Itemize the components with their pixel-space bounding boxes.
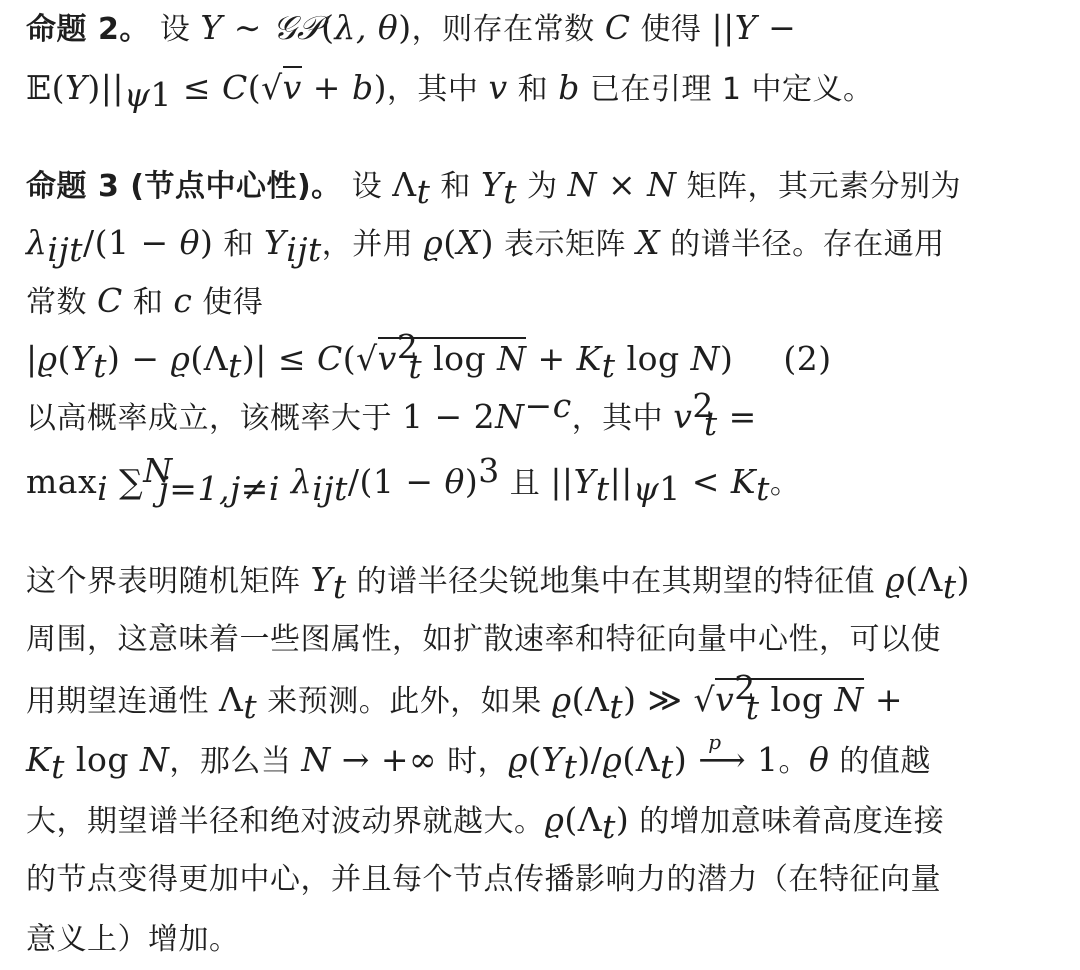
paragraph-line-6: 的节点变得更加中心，并且每个节点传播影响力的潜力（在特征向量 (26, 860, 941, 900)
prop2-line-1: 命题 2。 设 Y ∼ 𝒢𝒫(λ, θ)，则存在常数 C 使得 ||Y − (26, 8, 796, 50)
prop3-line-5: 以高概率成立，该概率大于 1 − 2N−c，其中 v2t = (26, 397, 757, 439)
paragraph-line-3: 用期望连通性 Λt 来预测。此外，如果 ϱ(Λt) ≫ √v2t log N + (26, 680, 903, 722)
paragraph-line-5: 大，期望谱半径和绝对波动界就越大。ϱ(Λt) 的增加意味着高度连接 (26, 800, 944, 842)
paragraph-line-1: 这个界表明随机矩阵 Yt 的谱半径尖锐地集中在其期望的特征值 ϱ(Λt) (26, 560, 970, 602)
equation-2: |ϱ(Yt) − ϱ(Λt)| ≤ C(√v2t log N + Kt log … (26, 339, 832, 381)
prop3-heading: 命题 3 (节点中心性)。 (26, 169, 342, 204)
prop2-heading: 命题 2。 (26, 12, 150, 47)
prop2-line-2: 𝔼(Y)||ψ1 ≤ C(√v + b)，其中 v 和 b 已在引理 1 中定义… (26, 68, 874, 110)
paragraph-line-2: 周围，这意味着一些图属性，如扩散速率和特征向量中心性，可以使 (26, 620, 941, 660)
prop3-line-2: λijt/(1 − θ) 和 Yijt，并用 ϱ(X) 表示矩阵 X 的谱半径。… (26, 223, 945, 265)
equation-number: (2) (783, 339, 831, 378)
prop3-line-3: 常数 C 和 c 使得 (26, 281, 263, 323)
paragraph-line-4: Kt log N，那么当 N → +∞ 时，ϱ(Yt)/ϱ(Λt) p⟶ 1。θ… (26, 740, 931, 782)
prop3-line-1: 命题 3 (节点中心性)。 设 Λt 和 Yt 为 N × N 矩阵，其元素分别… (26, 165, 961, 207)
prop3-line-6: maxi ∑Nj=1,j≠i λijt/(1 − θ)3 且 ||Yt||ψ1 … (26, 462, 800, 504)
paragraph-line-7: 意义上）增加。 (26, 920, 240, 960)
